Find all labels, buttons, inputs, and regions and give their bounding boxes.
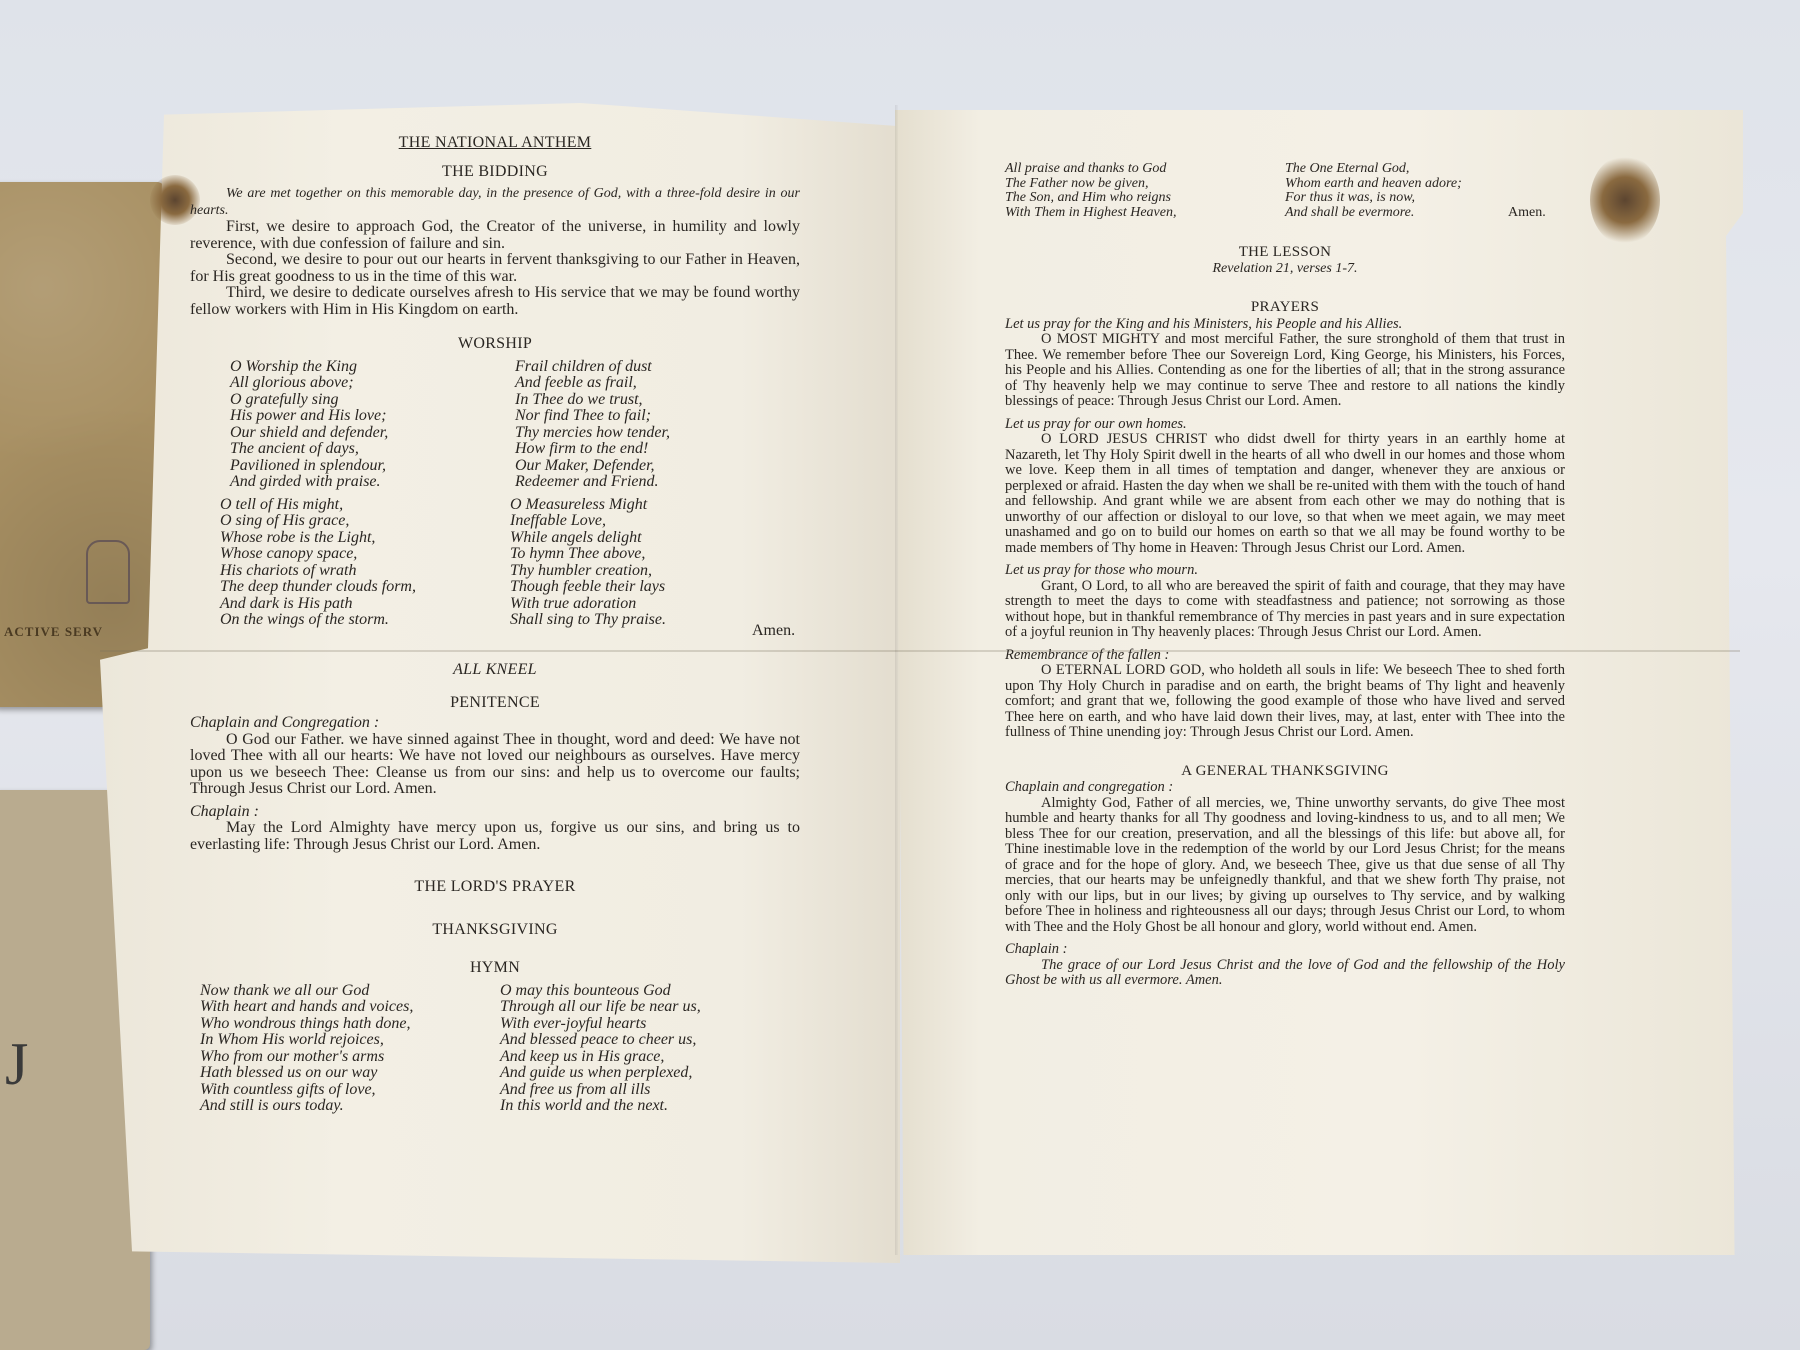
bidding-heading: THE BIDDING <box>190 164 800 181</box>
prayer-king-text: O MOST MIGHTY and most merciful Father, … <box>1005 332 1565 410</box>
verse-line: Nor find Thee to fail; <box>515 408 800 425</box>
thanksgiving-heading: THANKSGIVING <box>190 922 800 939</box>
lords-prayer-heading: THE LORD'S PRAYER <box>190 879 800 896</box>
verse-line: And feeble as frail, <box>515 375 800 392</box>
burn-mark-right <box>1590 155 1660 245</box>
bidding-intro: We are met together on this memorable da… <box>190 186 800 219</box>
verse-line: Through all our life be near us, <box>500 999 800 1016</box>
verse-line: Thy humbler creation, <box>510 563 800 580</box>
verse-line: Who wondrous things hath done, <box>200 1016 500 1033</box>
book-cover-letter: J <box>5 1030 28 1099</box>
verse-line: With true adoration <box>510 596 800 613</box>
verse-line: And still is ours today. <box>200 1098 500 1115</box>
verse-line: Frail children of dust <box>515 359 800 376</box>
verse-line: With Them in Highest Heaven, <box>1005 206 1285 221</box>
verse-line: While angels delight <box>510 530 800 547</box>
penitence-text-1: O God our Father. we have sinned against… <box>190 732 800 798</box>
verse-line: Our Maker, Defender, <box>515 458 800 475</box>
verse-line: Whom earth and heaven adore; <box>1285 177 1565 192</box>
hymn-final-stanza: All praise and thanks to GodThe Father n… <box>1005 162 1565 220</box>
verse-line: Hath blessed us on our way <box>200 1065 500 1082</box>
worship-stanza-1: O Worship the KingAll glorious above;O g… <box>190 359 800 491</box>
hymn-right-stanza: O may this bounteous GodThrough all our … <box>500 983 800 1115</box>
general-thanksgiving-heading: A GENERAL THANKSGIVING <box>1005 763 1565 780</box>
verse-line: All praise and thanks to God <box>1005 162 1285 177</box>
bidding-first: First, we desire to approach God, the Cr… <box>190 219 800 252</box>
verse-line: O gratefully sing <box>230 392 515 409</box>
grace-text: The grace of our Lord Jesus Christ and t… <box>1005 958 1565 989</box>
bidding-second: Second, we desire to pour out our hearts… <box>190 252 800 285</box>
hymn-heading: HYMN <box>190 960 800 977</box>
all-kneel-heading: ALL KNEEL <box>190 662 800 679</box>
national-anthem-heading: THE NATIONAL ANTHEM <box>190 135 800 152</box>
verse-line: In this world and the next. <box>500 1098 800 1115</box>
verse-line: Now thank we all our God <box>200 983 500 1000</box>
verse-line: All glorious above; <box>230 375 515 392</box>
worship-stanza-2-left: O tell of His might,O sing of His grace,… <box>220 497 510 629</box>
prayer-fallen-label: Remembrance of the fallen : <box>1005 647 1565 664</box>
prayer-homes-text: O LORD JESUS CHRIST who didst dwell for … <box>1005 432 1565 556</box>
right-page-prayers: THE LESSON Revelation 21, verses 1-7. PR… <box>1005 244 1565 989</box>
general-thanksgiving-label: Chaplain and congregation : <box>1005 779 1565 796</box>
prayer-mourn-label: Let us pray for those who mourn. <box>1005 562 1565 579</box>
hymn-final-amen: Amen. <box>1508 205 1546 221</box>
book-cover-label: ACTIVE SERV <box>4 624 103 640</box>
hymn-verses: Now thank we all our GodWith heart and h… <box>190 983 800 1115</box>
verse-line: Who from our mother's arms <box>200 1049 500 1066</box>
verse-line: And blessed peace to cheer us, <box>500 1032 800 1049</box>
verse-line: O Worship the King <box>230 359 515 376</box>
lesson-reference: Revelation 21, verses 1-7. <box>1005 261 1565 278</box>
prayers-heading: PRAYERS <box>1005 299 1565 316</box>
crown-emblem-icon <box>86 540 130 604</box>
verse-line: And guide us when perplexed, <box>500 1065 800 1082</box>
verse-line: Whose robe is the Light, <box>220 530 510 547</box>
verse-line: His chariots of wrath <box>220 563 510 580</box>
verse-line: With countless gifts of love, <box>200 1082 500 1099</box>
worship-stanza-2-right: O Measureless MightIneffable Love,While … <box>510 497 800 629</box>
general-thanksgiving-text: Almighty God, Father of all mercies, we,… <box>1005 796 1565 936</box>
verse-line: His power and His love; <box>230 408 515 425</box>
prayer-king-label: Let us pray for the King and his Ministe… <box>1005 316 1565 333</box>
hymn-final-left: All praise and thanks to GodThe Father n… <box>1005 162 1285 220</box>
verse-line: Our shield and defender, <box>230 425 515 442</box>
worship-amen: Amen. <box>752 622 795 640</box>
verse-line: Redeemer and Friend. <box>515 474 800 491</box>
verse-line: The Father now be given, <box>1005 177 1285 192</box>
verse-line: O may this bounteous God <box>500 983 800 1000</box>
verse-line: Pavilioned in splendour, <box>230 458 515 475</box>
verse-line: In Thee do we trust, <box>515 392 800 409</box>
verse-line: The ancient of days, <box>230 441 515 458</box>
grace-chaplain-label: Chaplain : <box>1005 941 1565 958</box>
prayer-homes-label: Let us pray for our own homes. <box>1005 416 1565 433</box>
verse-line: O tell of His might, <box>220 497 510 514</box>
verse-line: To hymn Thee above, <box>510 546 800 563</box>
penitence-text-2: May the Lord Almighty have mercy upon us… <box>190 820 800 853</box>
worship-heading: WORSHIP <box>190 336 800 353</box>
verse-line: With heart and hands and voices, <box>200 999 500 1016</box>
worship-stanza-2: O tell of His might,O sing of His grace,… <box>190 497 800 629</box>
verse-line: The Son, and Him who reigns <box>1005 191 1285 206</box>
verse-line: And dark is His path <box>220 596 510 613</box>
verse-line: O sing of His grace, <box>220 513 510 530</box>
verse-line: In Whom His world rejoices, <box>200 1032 500 1049</box>
prayer-mourn-text: Grant, O Lord, to all who are bereaved t… <box>1005 579 1565 641</box>
worship-stanza-1-left: O Worship the KingAll glorious above;O g… <box>230 359 515 491</box>
penitence-label-2: Chaplain : <box>190 804 800 821</box>
prayer-fallen-text: O ETERNAL LORD GOD, who holdeth all soul… <box>1005 663 1565 741</box>
left-page-content: THE NATIONAL ANTHEM THE BIDDING We are m… <box>190 135 800 629</box>
verse-line: And keep us in His grace, <box>500 1049 800 1066</box>
verse-line: The deep thunder clouds form, <box>220 579 510 596</box>
verse-line: And free us from all ills <box>500 1082 800 1099</box>
verse-line: The One Eternal God, <box>1285 162 1565 177</box>
worship-stanza-1-right: Frail children of dustAnd feeble as frai… <box>515 359 800 491</box>
verse-line: Thy mercies how tender, <box>515 425 800 442</box>
lesson-heading: THE LESSON <box>1005 244 1565 261</box>
verse-line: O Measureless Might <box>510 497 800 514</box>
verse-line: For thus it was, is now, <box>1285 191 1565 206</box>
verse-line: Whose canopy space, <box>220 546 510 563</box>
penitence-heading: PENITENCE <box>190 695 800 712</box>
bidding-third: Third, we desire to dedicate ourselves a… <box>190 285 800 318</box>
left-page-lower-content: ALL KNEEL PENITENCE Chaplain and Congreg… <box>190 662 800 1115</box>
hymn-left-stanza: Now thank we all our GodWith heart and h… <box>200 983 500 1115</box>
right-page-content: All praise and thanks to GodThe Father n… <box>1005 162 1565 220</box>
verse-line: How firm to the end! <box>515 441 800 458</box>
book-cover-active-service: ACTIVE SERV <box>0 182 165 707</box>
verse-line: With ever-joyful hearts <box>500 1016 800 1033</box>
vertical-fold-crease <box>895 105 898 1255</box>
verse-line: And girded with praise. <box>230 474 515 491</box>
verse-line: Ineffable Love, <box>510 513 800 530</box>
verse-line: On the wings of the storm. <box>220 612 510 629</box>
verse-line: Though feeble their lays <box>510 579 800 596</box>
penitence-label-1: Chaplain and Congregation : <box>190 715 800 732</box>
